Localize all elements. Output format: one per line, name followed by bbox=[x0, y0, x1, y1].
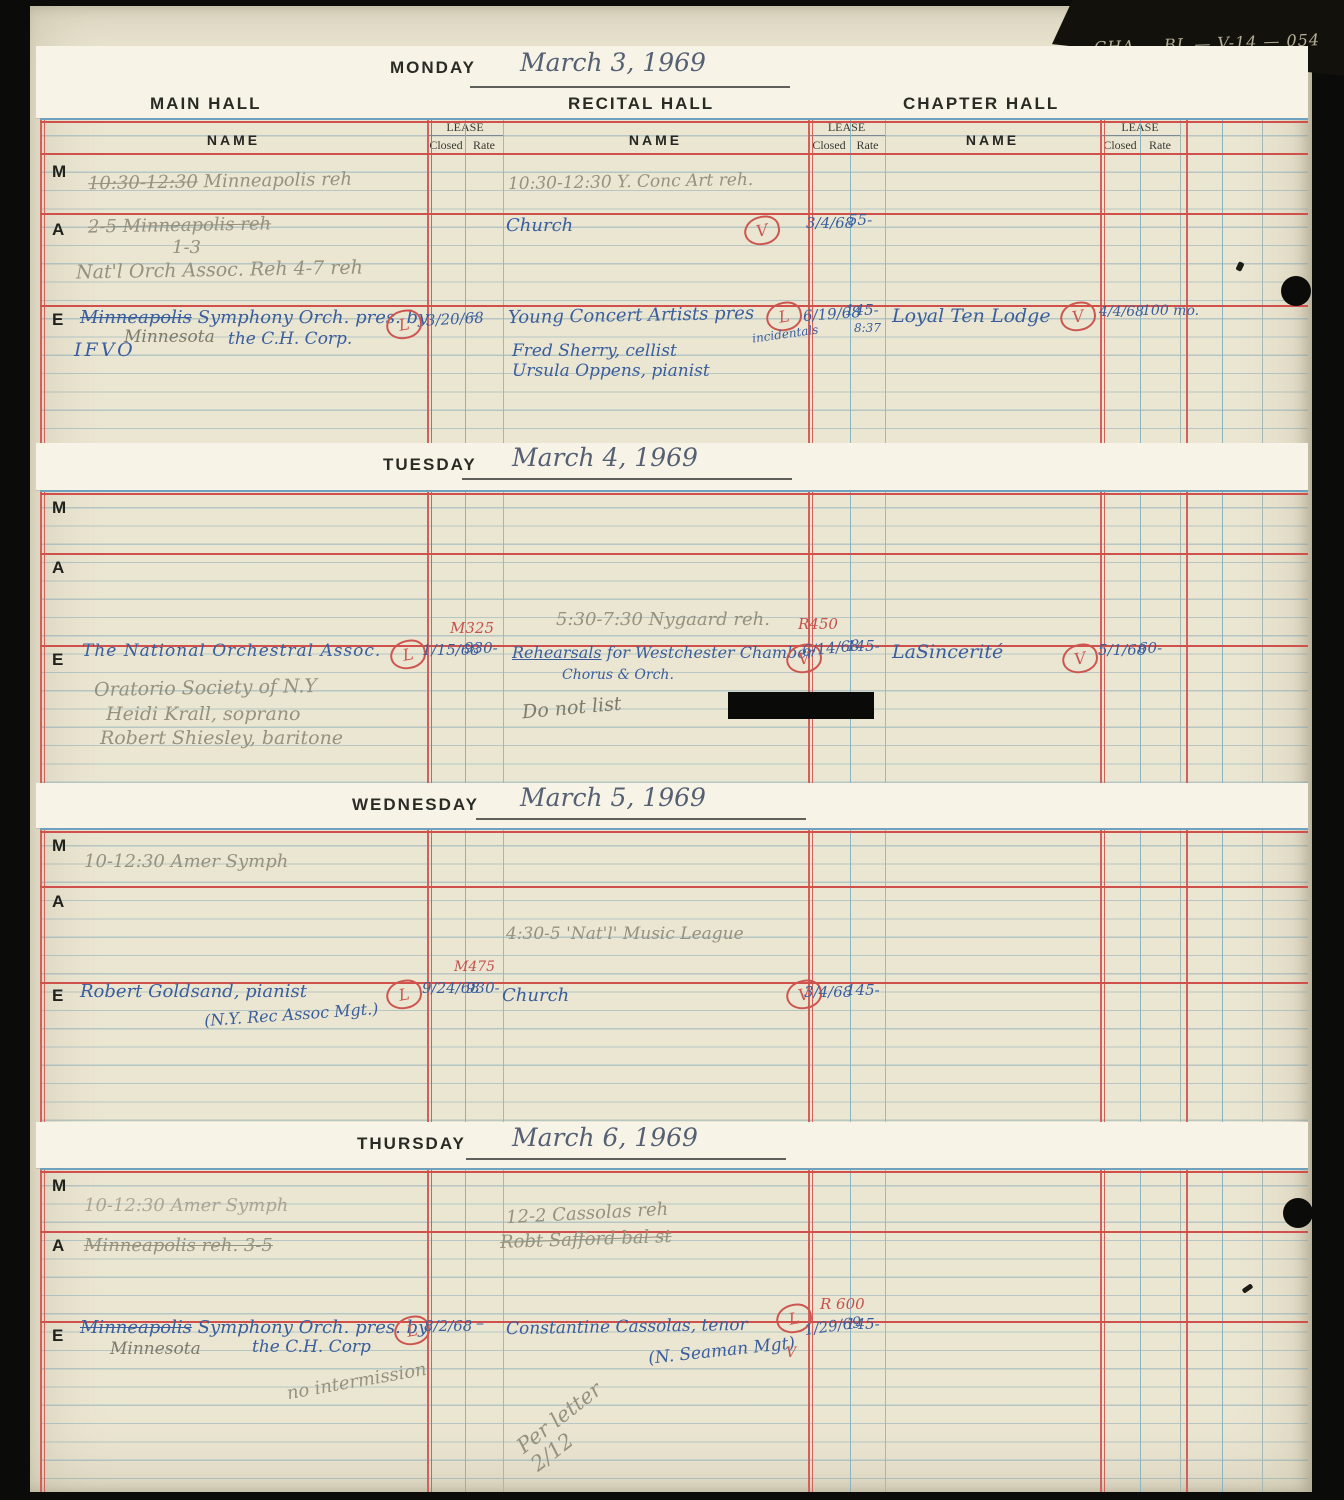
column-rule bbox=[1262, 828, 1263, 1122]
closed-header-main: Closed bbox=[427, 138, 465, 153]
date-underline bbox=[462, 478, 792, 480]
column-rule bbox=[1186, 118, 1188, 443]
underlined-word: Rehearsals bbox=[512, 643, 602, 662]
column-rule bbox=[808, 118, 810, 443]
day-name-tuesday: TUESDAY bbox=[383, 455, 477, 475]
column-rule bbox=[885, 1168, 886, 1492]
table-top-rule bbox=[40, 490, 1308, 492]
lease-rate-time: 8:37 bbox=[854, 322, 881, 335]
booking-entry: LaSincerité bbox=[892, 642, 1003, 663]
column-rule bbox=[1140, 1168, 1141, 1492]
column-rule bbox=[1104, 490, 1106, 783]
day-name-wednesday: WEDNESDAY bbox=[352, 795, 479, 815]
day-band-wednesday: WEDNESDAY March 5, 1969 bbox=[36, 783, 1308, 828]
hall-title-recital: RECITAL HALL bbox=[568, 94, 714, 114]
booking-entry: 10:30-12:30 Y. Conc Art reh. bbox=[508, 171, 754, 194]
day-band-tuesday: TUESDAY March 4, 1969 bbox=[36, 443, 1308, 490]
artist-line: Fred Sherry, cellist bbox=[512, 342, 677, 361]
row-label-evening: E bbox=[52, 1326, 63, 1346]
lease-closed-date: 8/2/68 bbox=[424, 1318, 472, 1335]
lease-rate: 60- bbox=[1138, 640, 1162, 657]
booking-entry: Church bbox=[502, 986, 569, 1006]
hall-title-chapter: CHAPTER HALL bbox=[903, 94, 1059, 114]
entry-text: Chorus & Orch. bbox=[562, 668, 674, 683]
column-rule bbox=[40, 828, 42, 1122]
column-rule bbox=[808, 490, 810, 783]
booking-entry: Church bbox=[506, 216, 573, 236]
lease-rate: 145- bbox=[846, 638, 880, 655]
program-line: Oratorio Society of N.Y bbox=[94, 676, 317, 701]
date-underline bbox=[466, 1158, 786, 1160]
column-rule bbox=[44, 490, 46, 783]
column-rule bbox=[427, 490, 429, 783]
column-rule bbox=[850, 118, 851, 443]
column-rule bbox=[1222, 828, 1223, 1122]
column-rule bbox=[1140, 490, 1141, 783]
table-top-rule bbox=[40, 828, 1308, 830]
struck-name: Minneapolis bbox=[80, 1317, 192, 1338]
lease-rate: 930- bbox=[466, 980, 500, 997]
column-rule bbox=[1100, 490, 1102, 783]
lease-rate: 100 mo. bbox=[1142, 304, 1199, 319]
column-rule bbox=[1180, 828, 1181, 1122]
booking-entry-cancelled: Minneapolis reh. 3-5 bbox=[84, 1236, 273, 1256]
day-name-monday: MONDAY bbox=[390, 58, 476, 78]
column-rule bbox=[1186, 1168, 1188, 1492]
column-rule bbox=[503, 1168, 504, 1492]
org-code: IFVO bbox=[74, 340, 136, 361]
column-rule bbox=[44, 828, 46, 1122]
column-rule bbox=[1140, 828, 1141, 1122]
column-rule bbox=[1186, 828, 1188, 1122]
column-rule bbox=[1222, 1168, 1223, 1492]
column-rule bbox=[1222, 490, 1223, 783]
lease-rate: 55- bbox=[848, 212, 872, 229]
booking-entry: Constantine Cassolas, tenor bbox=[506, 1316, 748, 1339]
column-rule bbox=[1262, 490, 1263, 783]
lease-closed-date: 4/4/68 bbox=[1099, 305, 1144, 320]
hall-title-main: MAIN HALL bbox=[150, 94, 261, 114]
column-rule bbox=[465, 118, 466, 443]
column-rule bbox=[1104, 1168, 1106, 1492]
column-rule bbox=[812, 118, 814, 443]
lease-rate: 145- bbox=[846, 982, 880, 999]
row-separator-rule bbox=[40, 1171, 1308, 1173]
booking-entry: 10-12:30 Amer Symph bbox=[84, 1196, 288, 1216]
column-rule bbox=[503, 490, 504, 783]
row-label-evening: E bbox=[52, 310, 63, 330]
closed-header-chapter: Closed bbox=[1100, 138, 1140, 153]
corrected-name: Minnesota bbox=[110, 1340, 201, 1359]
row-label-morning: M bbox=[52, 162, 66, 182]
column-rule bbox=[427, 118, 429, 443]
corrected-name: Minnesota bbox=[124, 328, 215, 347]
booking-entry: 10-12:30 Amer Symph bbox=[84, 852, 288, 872]
column-rule bbox=[885, 490, 886, 783]
hole-punch bbox=[1283, 1198, 1313, 1228]
column-rule bbox=[431, 118, 433, 443]
column-rule bbox=[1186, 490, 1188, 783]
row-label-afternoon: A bbox=[52, 1236, 64, 1256]
column-rule bbox=[1100, 828, 1102, 1122]
row-separator-rule bbox=[40, 121, 1308, 123]
day-name-thursday: THURSDAY bbox=[357, 1134, 466, 1154]
booking-entry: 4:30-5 'Nat'l' Music League bbox=[506, 925, 744, 944]
struck-name: Minneapolis bbox=[80, 307, 192, 328]
lease-box-rule bbox=[808, 135, 885, 136]
program-line: Robert Shiesley, baritone bbox=[100, 728, 343, 749]
column-rule bbox=[885, 828, 886, 1122]
column-rule bbox=[812, 828, 814, 1122]
column-rule bbox=[40, 118, 42, 443]
column-rule bbox=[850, 828, 851, 1122]
column-rule bbox=[44, 118, 46, 443]
box-office-code: R 600 bbox=[820, 1296, 865, 1313]
row-label-afternoon: A bbox=[52, 558, 64, 578]
table-top-rule bbox=[40, 118, 1308, 120]
row-separator-rule bbox=[40, 153, 1308, 155]
day-date-monday: March 3, 1969 bbox=[520, 48, 706, 77]
entry-text: the C.H. Corp. bbox=[228, 330, 352, 349]
booking-entry: The National Orchestral Assoc. bbox=[82, 642, 381, 661]
rate-header-chapter: Rate bbox=[1140, 138, 1180, 153]
row-separator-rule bbox=[40, 831, 1308, 833]
row-separator-rule bbox=[40, 553, 1308, 555]
entry-text: Minneapolis reh bbox=[203, 169, 352, 193]
table-wednesday: M A E bbox=[40, 828, 1308, 1122]
booking-entry-cancelled: 2-5 Minneapolis reh bbox=[88, 214, 271, 237]
name-header-chapter: NAME bbox=[885, 132, 1100, 148]
redaction-bar bbox=[728, 692, 874, 719]
column-rule bbox=[1180, 1168, 1181, 1492]
table-top-rule bbox=[40, 1168, 1308, 1170]
box-office-code: M325 bbox=[450, 620, 494, 637]
program-line: Heidi Krall, soprano bbox=[106, 704, 300, 725]
day-date-wednesday: March 5, 1969 bbox=[520, 783, 706, 812]
row-separator-rule bbox=[40, 493, 1308, 495]
row-label-afternoon: A bbox=[52, 220, 64, 240]
column-rule bbox=[808, 828, 810, 1122]
booking-entry: Robert Goldsand, pianist bbox=[80, 982, 307, 1002]
name-header-main: NAME bbox=[40, 132, 427, 148]
column-rule bbox=[44, 1168, 46, 1492]
row-label-afternoon: A bbox=[52, 892, 64, 912]
lease-status-mark-secondary: V bbox=[786, 1346, 796, 1361]
rate-header-recital: Rate bbox=[850, 138, 885, 153]
column-rule bbox=[812, 490, 814, 783]
column-rule bbox=[1180, 118, 1181, 443]
day-date-tuesday: March 4, 1969 bbox=[512, 443, 698, 472]
column-rule bbox=[503, 118, 504, 443]
entry-text: the C.H. Corp bbox=[252, 1338, 371, 1357]
day-band-thursday: THURSDAY March 6, 1969 bbox=[36, 1122, 1308, 1168]
revised-time: 1-3 bbox=[172, 238, 201, 258]
row-separator-rule bbox=[40, 1231, 1308, 1233]
ledger-page-photo: CHA — BL — V-14 — 054 MONDAY March 3, 19… bbox=[0, 0, 1344, 1500]
date-underline bbox=[470, 86, 790, 88]
booking-entry: Young Concert Artists pres bbox=[508, 304, 754, 328]
column-rule bbox=[431, 828, 433, 1122]
column-rule bbox=[885, 118, 886, 443]
column-rule bbox=[1100, 1168, 1102, 1492]
row-label-evening: E bbox=[52, 986, 63, 1006]
column-rule bbox=[1262, 1168, 1263, 1492]
lease-rate: – bbox=[476, 1314, 484, 1332]
lease-rate: – bbox=[470, 306, 478, 324]
day-band-monday: MONDAY March 3, 1969 MAIN HALL RECITAL H… bbox=[36, 46, 1308, 118]
artist-line: Ursula Oppens, pianist bbox=[512, 362, 710, 381]
row-label-morning: M bbox=[52, 498, 66, 518]
booking-entry: Loyal Ten Lodge bbox=[892, 306, 1051, 327]
booking-entry: Minneapolis Symphony Orch. pres. by bbox=[80, 1318, 428, 1338]
box-office-code: R450 bbox=[798, 616, 838, 633]
day-date-thursday: March 6, 1969 bbox=[512, 1123, 698, 1152]
lease-rate: 930- bbox=[464, 640, 498, 657]
lease-rate: 145- bbox=[846, 1316, 880, 1333]
hole-punch bbox=[1281, 276, 1311, 306]
box-office-code: M475 bbox=[454, 960, 495, 975]
column-rule bbox=[1262, 118, 1263, 443]
column-rule bbox=[40, 490, 42, 783]
struck-time: 10:30-12:30 bbox=[88, 171, 198, 194]
entry-text: for Westchester Chamber bbox=[607, 643, 815, 662]
name-header-recital: NAME bbox=[503, 132, 808, 148]
row-separator-rule bbox=[40, 886, 1308, 888]
booking-entry: Minneapolis Symphony Orch. pres. by bbox=[80, 308, 428, 328]
column-rule bbox=[1180, 490, 1181, 783]
column-rule bbox=[40, 1168, 42, 1492]
closed-header-recital: Closed bbox=[808, 138, 850, 153]
date-underline bbox=[476, 818, 806, 820]
column-rule bbox=[1140, 118, 1141, 443]
column-rule bbox=[431, 490, 433, 783]
booking-entry: 5:30-7:30 Nygaard reh. bbox=[556, 610, 770, 630]
column-rule bbox=[1104, 828, 1106, 1122]
column-rule bbox=[1222, 118, 1223, 443]
lease-rate: 145- bbox=[845, 302, 879, 319]
column-rule bbox=[427, 828, 429, 1122]
row-label-morning: M bbox=[52, 836, 66, 856]
row-label-evening: E bbox=[52, 650, 63, 670]
column-rule bbox=[1100, 118, 1102, 443]
column-rule bbox=[1104, 118, 1106, 443]
rate-header-main: Rate bbox=[465, 138, 503, 153]
column-rule bbox=[503, 828, 504, 1122]
booking-entry: Rehearsals for Westchester Chamber bbox=[512, 644, 814, 662]
row-label-morning: M bbox=[52, 1176, 66, 1196]
